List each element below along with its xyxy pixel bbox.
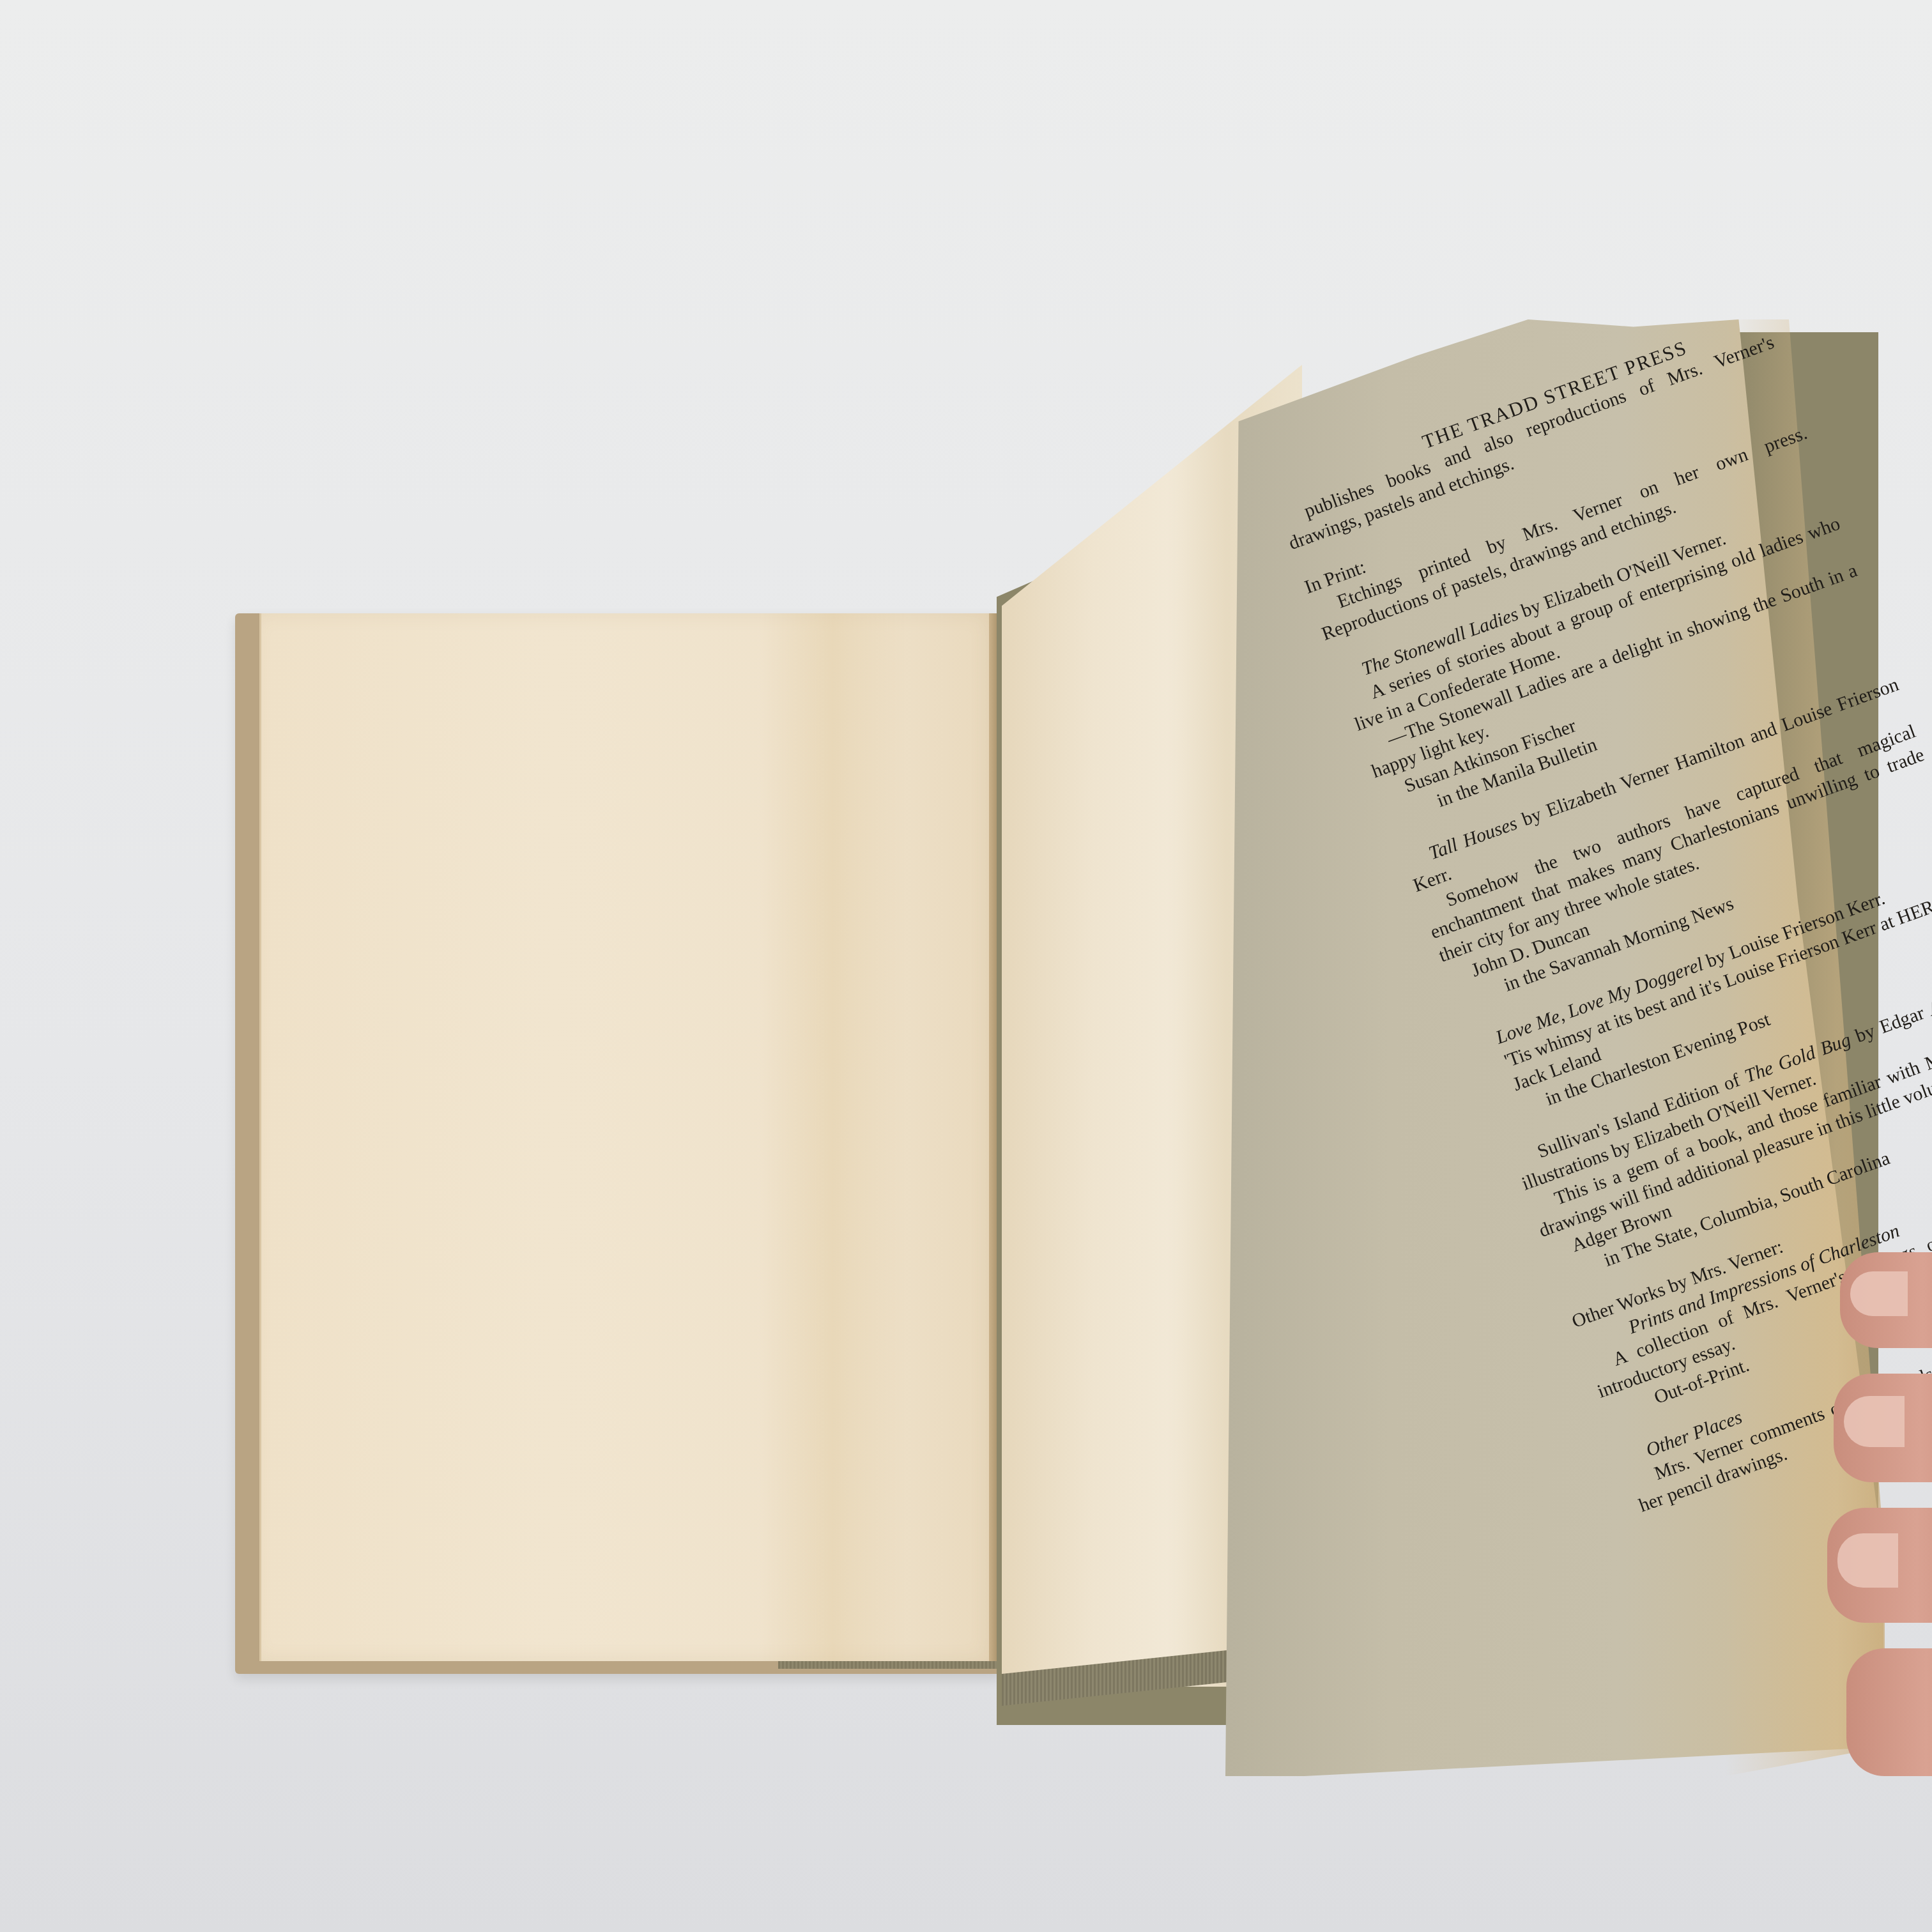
finger-little	[1846, 1648, 1932, 1776]
tall-houses-title: Tall Houses	[1426, 813, 1520, 864]
holding-hand	[1827, 1252, 1932, 1827]
fingernail	[1850, 1271, 1908, 1316]
page-toning-stain	[760, 613, 907, 1661]
photo-scene: THE TRADD STREET PRESS publishes books a…	[0, 0, 1932, 1932]
fingernail	[1844, 1396, 1905, 1447]
fingernail	[1837, 1533, 1898, 1588]
blank-left-page	[259, 613, 996, 1661]
